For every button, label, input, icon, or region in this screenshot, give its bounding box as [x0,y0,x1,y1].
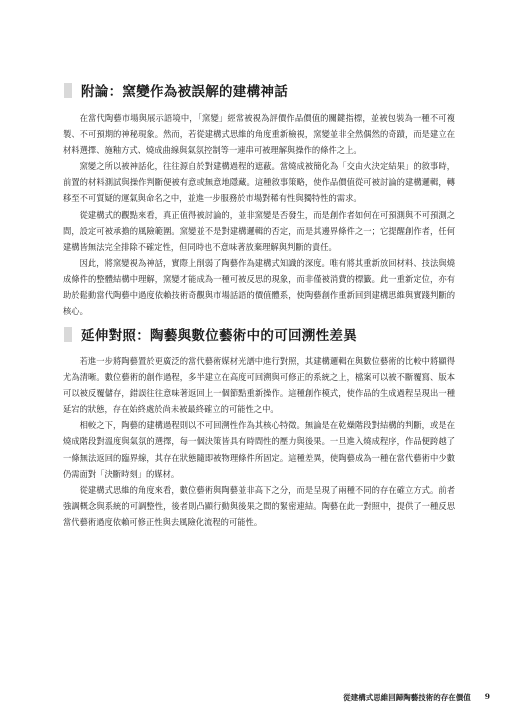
document-page: 附論：窯變作為被誤解的建構神話 在當代陶藝市場與展示語境中，「窯變」經常被視為評… [0,0,512,724]
paragraph: 相較之下，陶藝的建構過程則以不可回溯性作為其核心特徵。無論是在乾燥階段對結構的判… [63,417,455,481]
paragraph: 因此，將窯變視為神話，實際上削弱了陶藝作為建構式知識的深度。唯有將其重新放回材料… [63,255,455,319]
paragraph: 從建構式的觀點來看，真正值得被討論的，並非窯變是否發生，而是創作者如何在可預測與… [63,207,455,255]
section-heading-text: 延伸對照：陶藝與數位藝術中的可回溯性差異 [81,324,357,344]
heading-marker-bar [64,83,72,98]
running-title: 從建構式思維回歸陶藝技術的存在價值 [343,692,471,703]
paragraph: 窯變之所以被神話化，往往源自於對建構過程的遮蔽。當燒成被簡化為「交由火決定結果」… [63,158,455,206]
paragraph: 若進一步將陶藝置於更廣泛的當代藝術媒材光譜中進行對照，其建構邏輯在與數位藝術的比… [63,353,455,417]
paragraph: 在當代陶藝市場與展示語境中，「窯變」經常被視為評價作品價值的關鍵指標，並被包裝為… [63,110,455,158]
paragraph: 從建構式思維的角度來看，數位藝術與陶藝並非高下之分，而是呈現了兩種不同的存在確立… [63,482,455,530]
page-footer: 從建構式思維回歸陶藝技術的存在價值 9 [340,692,490,703]
section-body-comparison: 若進一步將陶藝置於更廣泛的當代藝術媒材光譜中進行對照，其建構邏輯在與數位藝術的比… [63,353,455,530]
section-heading-appendix: 附論：窯變作為被誤解的建構神話 [64,80,288,100]
page-number: 9 [485,692,490,703]
heading-marker-bar [64,327,72,342]
section-heading-comparison: 延伸對照：陶藝與數位藝術中的可回溯性差異 [64,324,357,344]
section-body-appendix: 在當代陶藝市場與展示語境中，「窯變」經常被視為評價作品價值的關鍵指標，並被包裝為… [63,110,455,319]
section-heading-text: 附論：窯變作為被誤解的建構神話 [81,80,288,100]
